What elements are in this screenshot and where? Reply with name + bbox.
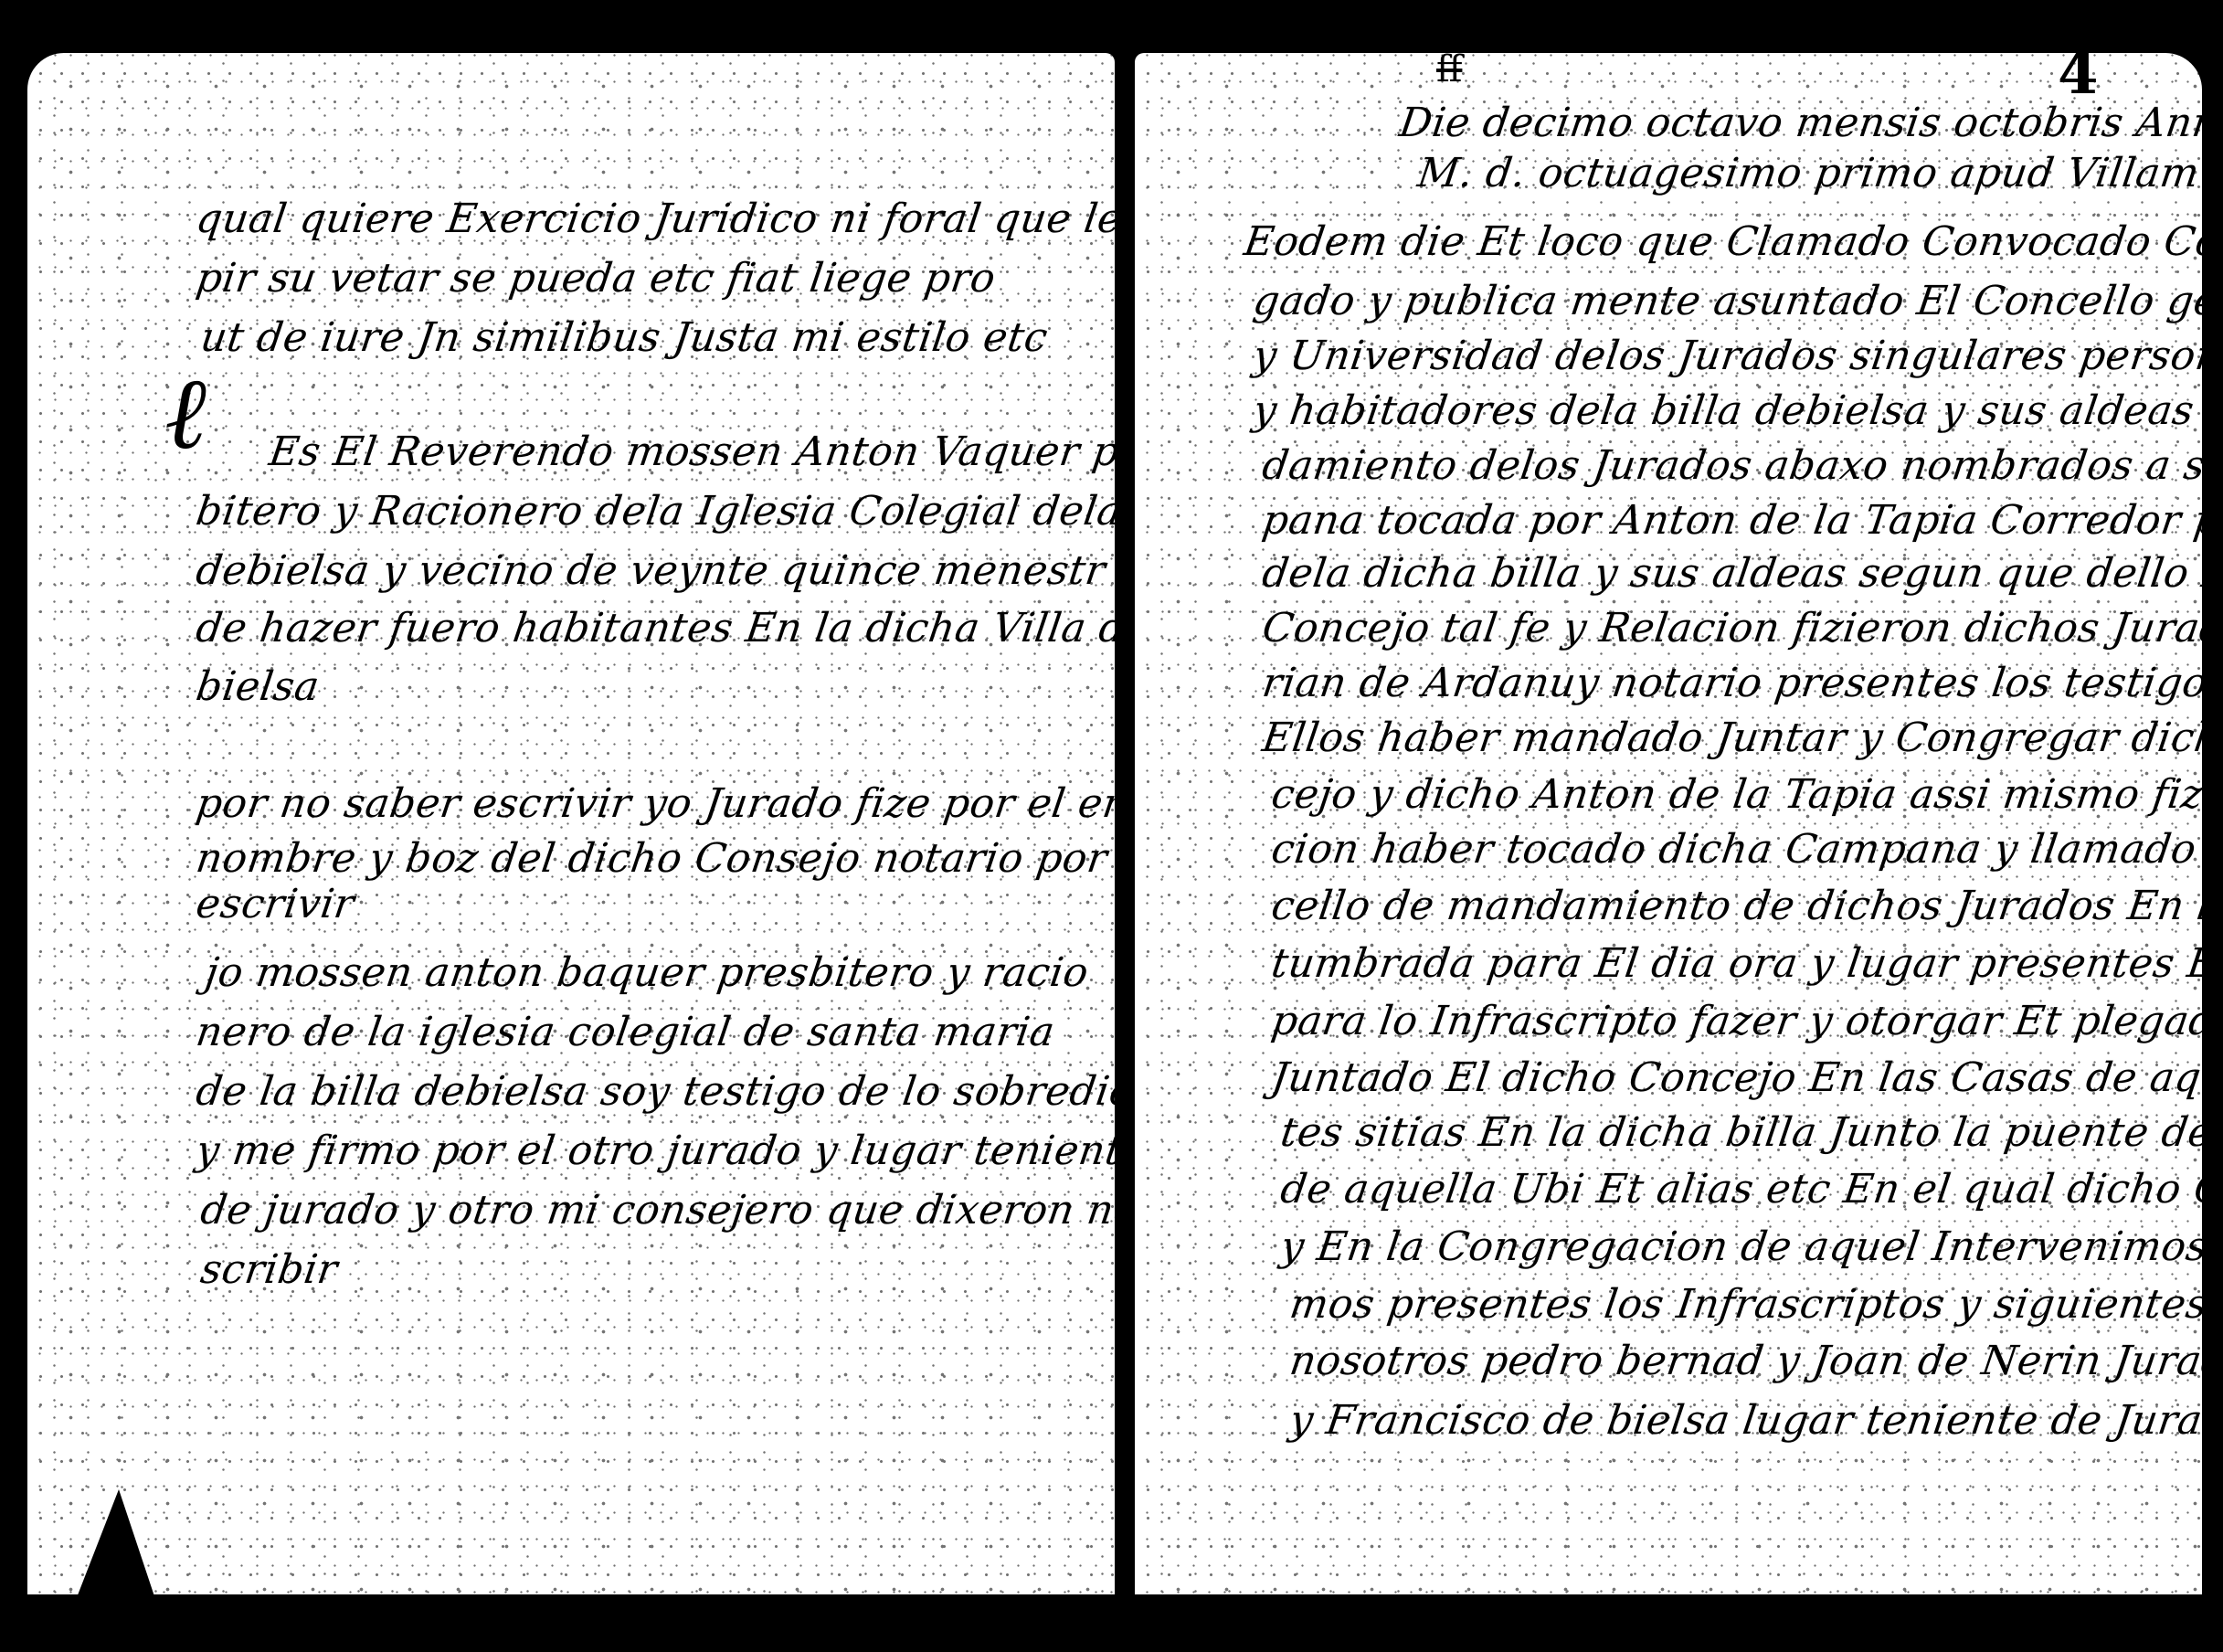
text-line: bielsa	[194, 667, 322, 707]
text-line: qual quiere Exercicio Juridico ni foral …	[194, 199, 1115, 239]
text-line: jo mossen anton baquer presbitero y raci…	[203, 953, 1091, 993]
text-line: nosotros pedro bernad y Joan de Nerin Ju…	[1287, 1341, 2202, 1382]
text-line: nero de la iglesia colegial de santa mar…	[194, 1012, 1057, 1053]
text-line: y me firmo por el otro jurado y lugar te…	[194, 1131, 1115, 1171]
text-line: pir su vetar se pueda etc fiat liege pro	[194, 259, 998, 299]
text-line: para lo Infrascripto fazer y otorgar Et …	[1269, 1001, 2202, 1042]
text-line: escrivir	[194, 884, 357, 925]
text-line: cion haber tocado dicha Campana y llamad…	[1269, 830, 2202, 870]
text-line: por no saber escrivir yo Jurado fize por…	[194, 784, 1115, 824]
text-line: de aquella Ubi Et alias etc En el qual d…	[1278, 1170, 2202, 1210]
text-line: tes sitias En la dicha billa Junto la pu…	[1278, 1113, 2202, 1153]
page-weight-shadow	[55, 1489, 174, 1652]
text-line: de jurado y otro mi consejero que dixero…	[198, 1191, 1115, 1231]
text-line: pana tocada por Anton de la Tapia Corred…	[1260, 501, 2202, 541]
text-line: Eodem die Et loco que Clamado Convocado …	[1242, 222, 2202, 262]
text-line: nombre y boz del dicho Consejo notario p…	[194, 839, 1115, 879]
text-line: de hazer fuero habitantes En la dicha Vi…	[194, 609, 1115, 649]
text-line: mos presentes los Infrascriptos y siguie…	[1287, 1285, 2202, 1325]
paragraph-mark-icon: ℓ	[164, 355, 206, 472]
text-line: rian de Ardanuy notario presentes los te…	[1260, 663, 2202, 704]
text-line: y En la Congregacion de aquel Intervenim…	[1278, 1227, 2202, 1267]
text-line: ut de iure Jn similibus Justa mi estilo …	[198, 318, 1051, 358]
text-line: y habitadores dela billa debielsa y sus …	[1251, 391, 2202, 431]
text-line: Die decimo octavo mensis octobris Anno a…	[1397, 103, 2202, 143]
text-line: Es El Reverendo mossen Anton Vaquer pres…	[267, 432, 1115, 472]
left-page-text: qual quiere Exercicio Juridico ni foral …	[27, 53, 1115, 1606]
text-line: dela dicha billa y sus aldeas segun que …	[1260, 554, 2202, 594]
text-line: debielsa y vecino de veynte quince menes…	[194, 551, 1108, 591]
text-line: de la billa debielsa soy testigo de lo s…	[194, 1072, 1115, 1112]
text-line: damiento delos Jurados abaxo nombrados a…	[1260, 446, 2202, 486]
manuscript-scan: qual quiere Exercicio Juridico ni foral …	[0, 0, 2223, 1652]
text-line: M. d. octuagesimo primo apud Villam de b…	[1415, 154, 2202, 194]
book-gutter	[1115, 46, 1127, 1636]
text-line: tumbrada para El dia ora y lugar present…	[1269, 944, 2202, 984]
right-page-text: Die decimo octavo mensis octobris Anno a…	[1135, 53, 2202, 1606]
text-line: cello de mandamiento de dichos Jurados E…	[1269, 886, 2202, 927]
scan-bottom-edge	[0, 1594, 2223, 1652]
text-line: scribir	[198, 1250, 340, 1290]
text-line: y Francisco de bielsa lugar teniente de …	[1287, 1401, 2202, 1441]
text-line: bitero y Racionero dela Iglesia Colegial…	[194, 492, 1115, 532]
text-line: y Universidad delos Jurados singulares p…	[1251, 336, 2202, 376]
right-page: ff 4 Die decimo octavo mensis octobris A…	[1135, 53, 2202, 1606]
text-line: cejo y dicho Anton de la Tapia assi mism…	[1269, 775, 2202, 815]
left-page: qual quiere Exercicio Juridico ni foral …	[27, 53, 1115, 1606]
text-line: Juntado El dicho Concejo En las Casas de…	[1269, 1058, 2202, 1098]
text-line: Ellos haber mandado Juntar y Congregar d…	[1260, 718, 2202, 758]
text-line: Concejo tal fe y Relacion fizieron dicho…	[1260, 609, 2202, 649]
text-line: gado y publica mente asuntado El Concell…	[1251, 281, 2202, 322]
